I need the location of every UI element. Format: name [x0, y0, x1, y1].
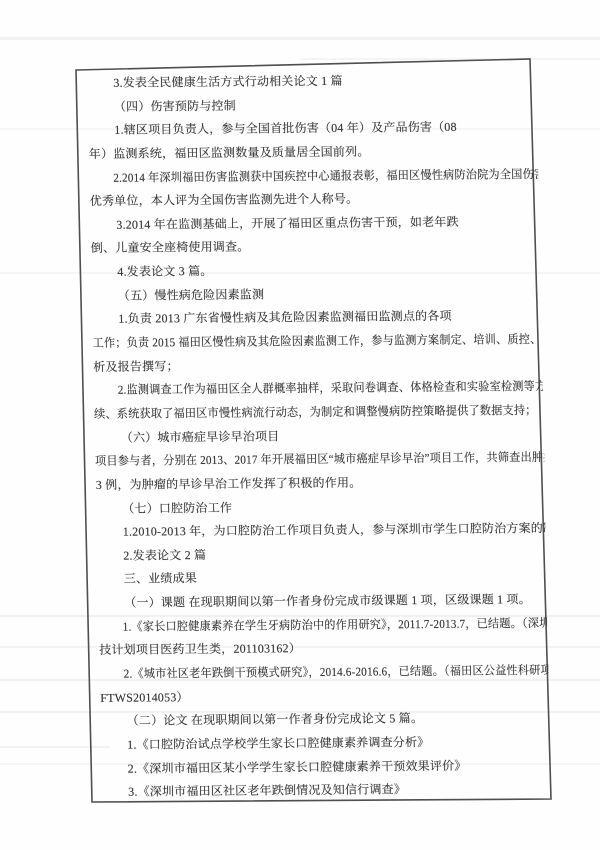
text-line: 2.《城市社区老年跌倒干预模式研究》，2014.6-2016.6，已结题。（福田… [97, 659, 518, 686]
text-line: 工作；负责 2015 福田区慢性病及其危险因素监测工作，参与监测方案制定、培训、… [90, 328, 511, 355]
text-line: 3.《深圳市福田区社区老年跌倒情况及知信行调查》 [99, 777, 551, 805]
document-text: 3.发表全民健康生活方式行动相关论文 1 篇 （四）伤害预防与控制 1.辖区项目… [84, 62, 552, 812]
scanned-document-page: 3.发表全民健康生活方式行动相关论文 1 篇 （四）伤害预防与控制 1.辖区项目… [0, 0, 600, 850]
text-line: 续、系统获取了福田区市慢性病流行动态，为制定和调整慢病防控策略提供了数据支持； [91, 399, 512, 426]
text-line: 1.《家长口腔健康素养在学生牙病防治中的作用研究》，2011.7-2013.7，… [96, 612, 517, 639]
text-line: 2.2014 年深圳福田伤害监测获中国疾控中心通报表彰，福田区慢性病防治院为全国… [86, 163, 507, 190]
text-line: 1.2010-2013 年，为口腔防治工作项目负责人，参与深圳市学生口腔防治方案… [94, 517, 546, 545]
text-line: 项目参与者，分别在 2013、2017 年开展福田区“城市癌症早诊早治”项目工作… [92, 447, 513, 474]
